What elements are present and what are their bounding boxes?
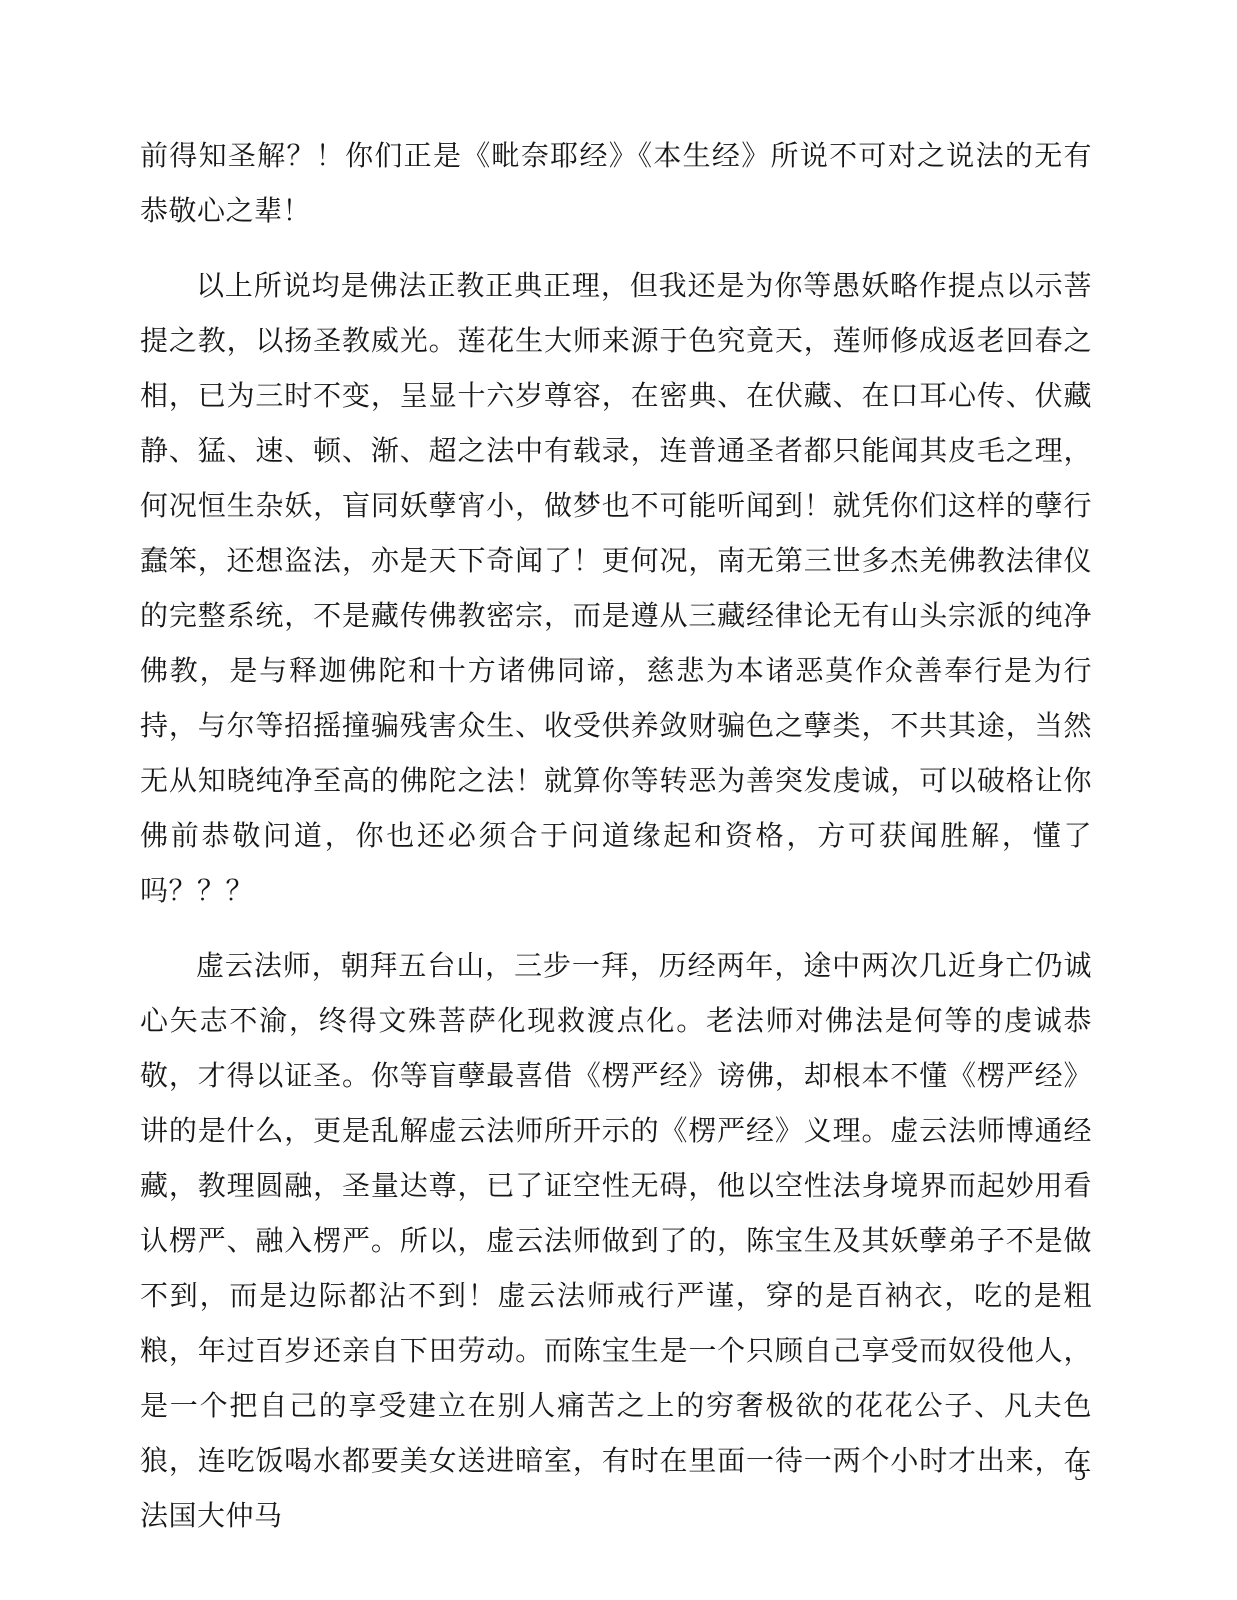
document-page: 前得知圣解？！你们正是《毗奈耶经》《本生经》所说不可对之说法的无有恭敬心之辈！ … [0, 0, 1237, 1600]
page-number: 5 [1060, 1458, 1100, 1488]
paragraph-3: 虚云法师，朝拜五台山，三步一拜，历经两年，途中两次几近身亡仍诚心矢志不渝，终得文… [140, 939, 1092, 1544]
text-body: 前得知圣解？！你们正是《毗奈耶经》《本生经》所说不可对之说法的无有恭敬心之辈！ … [140, 129, 1092, 1564]
paragraph-continuation: 前得知圣解？！你们正是《毗奈耶经》《本生经》所说不可对之说法的无有恭敬心之辈！ [140, 129, 1092, 239]
paragraph-2: 以上所说均是佛法正教正典正理，但我还是为你等愚妖略作提点以示菩提之教，以扬圣教威… [140, 259, 1092, 919]
